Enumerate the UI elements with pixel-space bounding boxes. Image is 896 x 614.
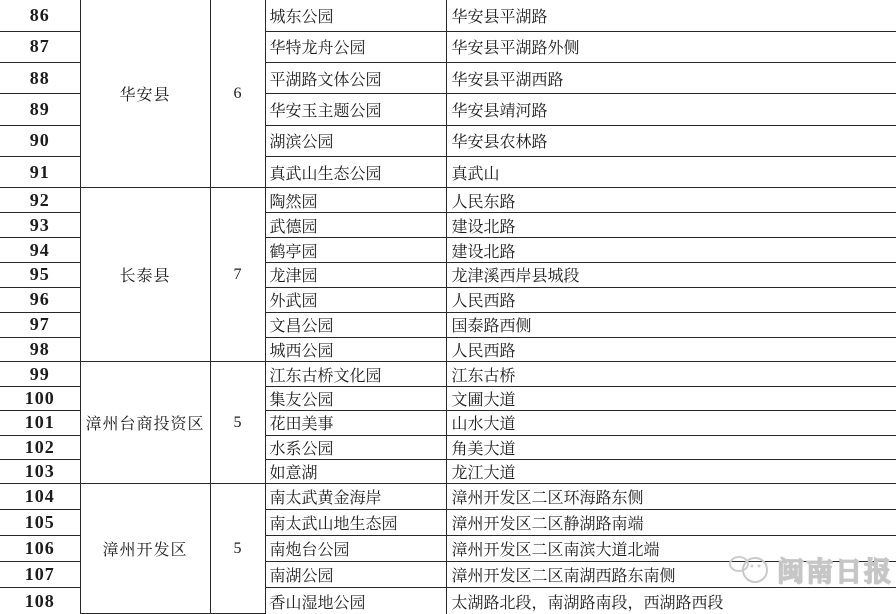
row-number-cell: 102 bbox=[0, 435, 80, 459]
row-number-cell: 86 bbox=[0, 0, 80, 31]
row-number-cell: 93 bbox=[0, 213, 80, 238]
park-name-cell: 文昌公园 bbox=[265, 312, 446, 337]
location-cell: 建设北路 bbox=[446, 238, 896, 263]
location-cell: 人民西路 bbox=[446, 337, 896, 362]
row-number-cell: 108 bbox=[0, 588, 80, 614]
location-cell: 华安县靖河路 bbox=[446, 94, 896, 125]
location-cell: 太湖路北段，南湖路南段，西湖路西段 bbox=[446, 588, 896, 614]
park-name-cell: 江东古桥文化园 bbox=[265, 362, 446, 386]
count-cell: 5 bbox=[210, 484, 265, 614]
park-name-cell: 香山湿地公园 bbox=[265, 588, 446, 614]
park-list-table-page: 86华安县6城东公园华安县平湖路87华特龙舟公园华安县平湖路外侧88平湖路文体公… bbox=[0, 0, 896, 614]
row-number-cell: 100 bbox=[0, 386, 80, 410]
location-cell: 漳州开发区二区南滨大道北端 bbox=[446, 536, 896, 562]
location-cell: 华安县平湖路 bbox=[446, 0, 896, 31]
count-cell: 6 bbox=[210, 0, 265, 188]
location-cell: 龙津溪西岸县城段 bbox=[446, 263, 896, 288]
location-cell: 龙江大道 bbox=[446, 460, 896, 484]
park-name-cell: 龙津园 bbox=[265, 263, 446, 288]
row-number-cell: 95 bbox=[0, 263, 80, 288]
district-cell: 长泰县 bbox=[80, 188, 210, 362]
location-cell: 江东古桥 bbox=[446, 362, 896, 386]
park-name-cell: 水系公园 bbox=[265, 435, 446, 459]
row-number-cell: 89 bbox=[0, 94, 80, 125]
row-number-cell: 103 bbox=[0, 460, 80, 484]
location-cell: 国泰路西侧 bbox=[446, 312, 896, 337]
location-cell: 建设北路 bbox=[446, 213, 896, 238]
row-number-cell: 106 bbox=[0, 536, 80, 562]
row-number-cell: 90 bbox=[0, 125, 80, 156]
table-row: 92长泰县7陶然园人民东路 bbox=[0, 188, 896, 213]
park-name-cell: 平湖路文体公园 bbox=[265, 63, 446, 94]
row-number-cell: 88 bbox=[0, 63, 80, 94]
park-name-cell: 华特龙舟公园 bbox=[265, 31, 446, 62]
location-cell: 人民东路 bbox=[446, 188, 896, 213]
row-number-cell: 104 bbox=[0, 484, 80, 510]
location-cell: 漳州开发区二区环海路东侧 bbox=[446, 484, 896, 510]
park-name-cell: 花田美事 bbox=[265, 411, 446, 435]
row-number-cell: 91 bbox=[0, 157, 80, 188]
park-name-cell: 南炮台公园 bbox=[265, 536, 446, 562]
location-cell: 华安县平湖西路 bbox=[446, 63, 896, 94]
park-name-cell: 城东公园 bbox=[265, 0, 446, 31]
location-cell: 真武山 bbox=[446, 157, 896, 188]
location-cell: 漳州开发区二区南湖西路东南侧 bbox=[446, 562, 896, 588]
row-number-cell: 97 bbox=[0, 312, 80, 337]
park-name-cell: 外武园 bbox=[265, 287, 446, 312]
row-number-cell: 87 bbox=[0, 31, 80, 62]
row-number-cell: 98 bbox=[0, 337, 80, 362]
park-name-cell: 南太武黄金海岸 bbox=[265, 484, 446, 510]
park-list-table: 86华安县6城东公园华安县平湖路87华特龙舟公园华安县平湖路外侧88平湖路文体公… bbox=[0, 0, 896, 614]
row-number-cell: 99 bbox=[0, 362, 80, 386]
park-name-cell: 华安玉主题公园 bbox=[265, 94, 446, 125]
row-number-cell: 94 bbox=[0, 238, 80, 263]
location-cell: 山水大道 bbox=[446, 411, 896, 435]
park-name-cell: 武德园 bbox=[265, 213, 446, 238]
location-cell: 角美大道 bbox=[446, 435, 896, 459]
location-cell: 华安县农林路 bbox=[446, 125, 896, 156]
district-cell: 漳州开发区 bbox=[80, 484, 210, 614]
park-name-cell: 集友公园 bbox=[265, 386, 446, 410]
park-name-cell: 如意湖 bbox=[265, 460, 446, 484]
park-name-cell: 城西公园 bbox=[265, 337, 446, 362]
table-row: 104漳州开发区5南太武黄金海岸漳州开发区二区环海路东侧 bbox=[0, 484, 896, 510]
park-name-cell: 真武山生态公园 bbox=[265, 157, 446, 188]
row-number-cell: 92 bbox=[0, 188, 80, 213]
count-cell: 5 bbox=[210, 362, 265, 484]
row-number-cell: 96 bbox=[0, 287, 80, 312]
location-cell: 文圃大道 bbox=[446, 386, 896, 410]
district-cell: 华安县 bbox=[80, 0, 210, 188]
location-cell: 华安县平湖路外侧 bbox=[446, 31, 896, 62]
table-row: 86华安县6城东公园华安县平湖路 bbox=[0, 0, 896, 31]
location-cell: 人民西路 bbox=[446, 287, 896, 312]
park-name-cell: 湖滨公园 bbox=[265, 125, 446, 156]
row-number-cell: 107 bbox=[0, 562, 80, 588]
park-name-cell: 南太武山地生态园 bbox=[265, 510, 446, 536]
row-number-cell: 105 bbox=[0, 510, 80, 536]
table-row: 99漳州台商投资区5江东古桥文化园江东古桥 bbox=[0, 362, 896, 386]
district-cell: 漳州台商投资区 bbox=[80, 362, 210, 484]
park-list-table-body: 86华安县6城东公园华安县平湖路87华特龙舟公园华安县平湖路外侧88平湖路文体公… bbox=[0, 0, 896, 614]
park-name-cell: 陶然园 bbox=[265, 188, 446, 213]
row-number-cell: 101 bbox=[0, 411, 80, 435]
park-name-cell: 南湖公园 bbox=[265, 562, 446, 588]
count-cell: 7 bbox=[210, 188, 265, 362]
location-cell: 漳州开发区二区静湖路南端 bbox=[446, 510, 896, 536]
park-name-cell: 鹤亭园 bbox=[265, 238, 446, 263]
